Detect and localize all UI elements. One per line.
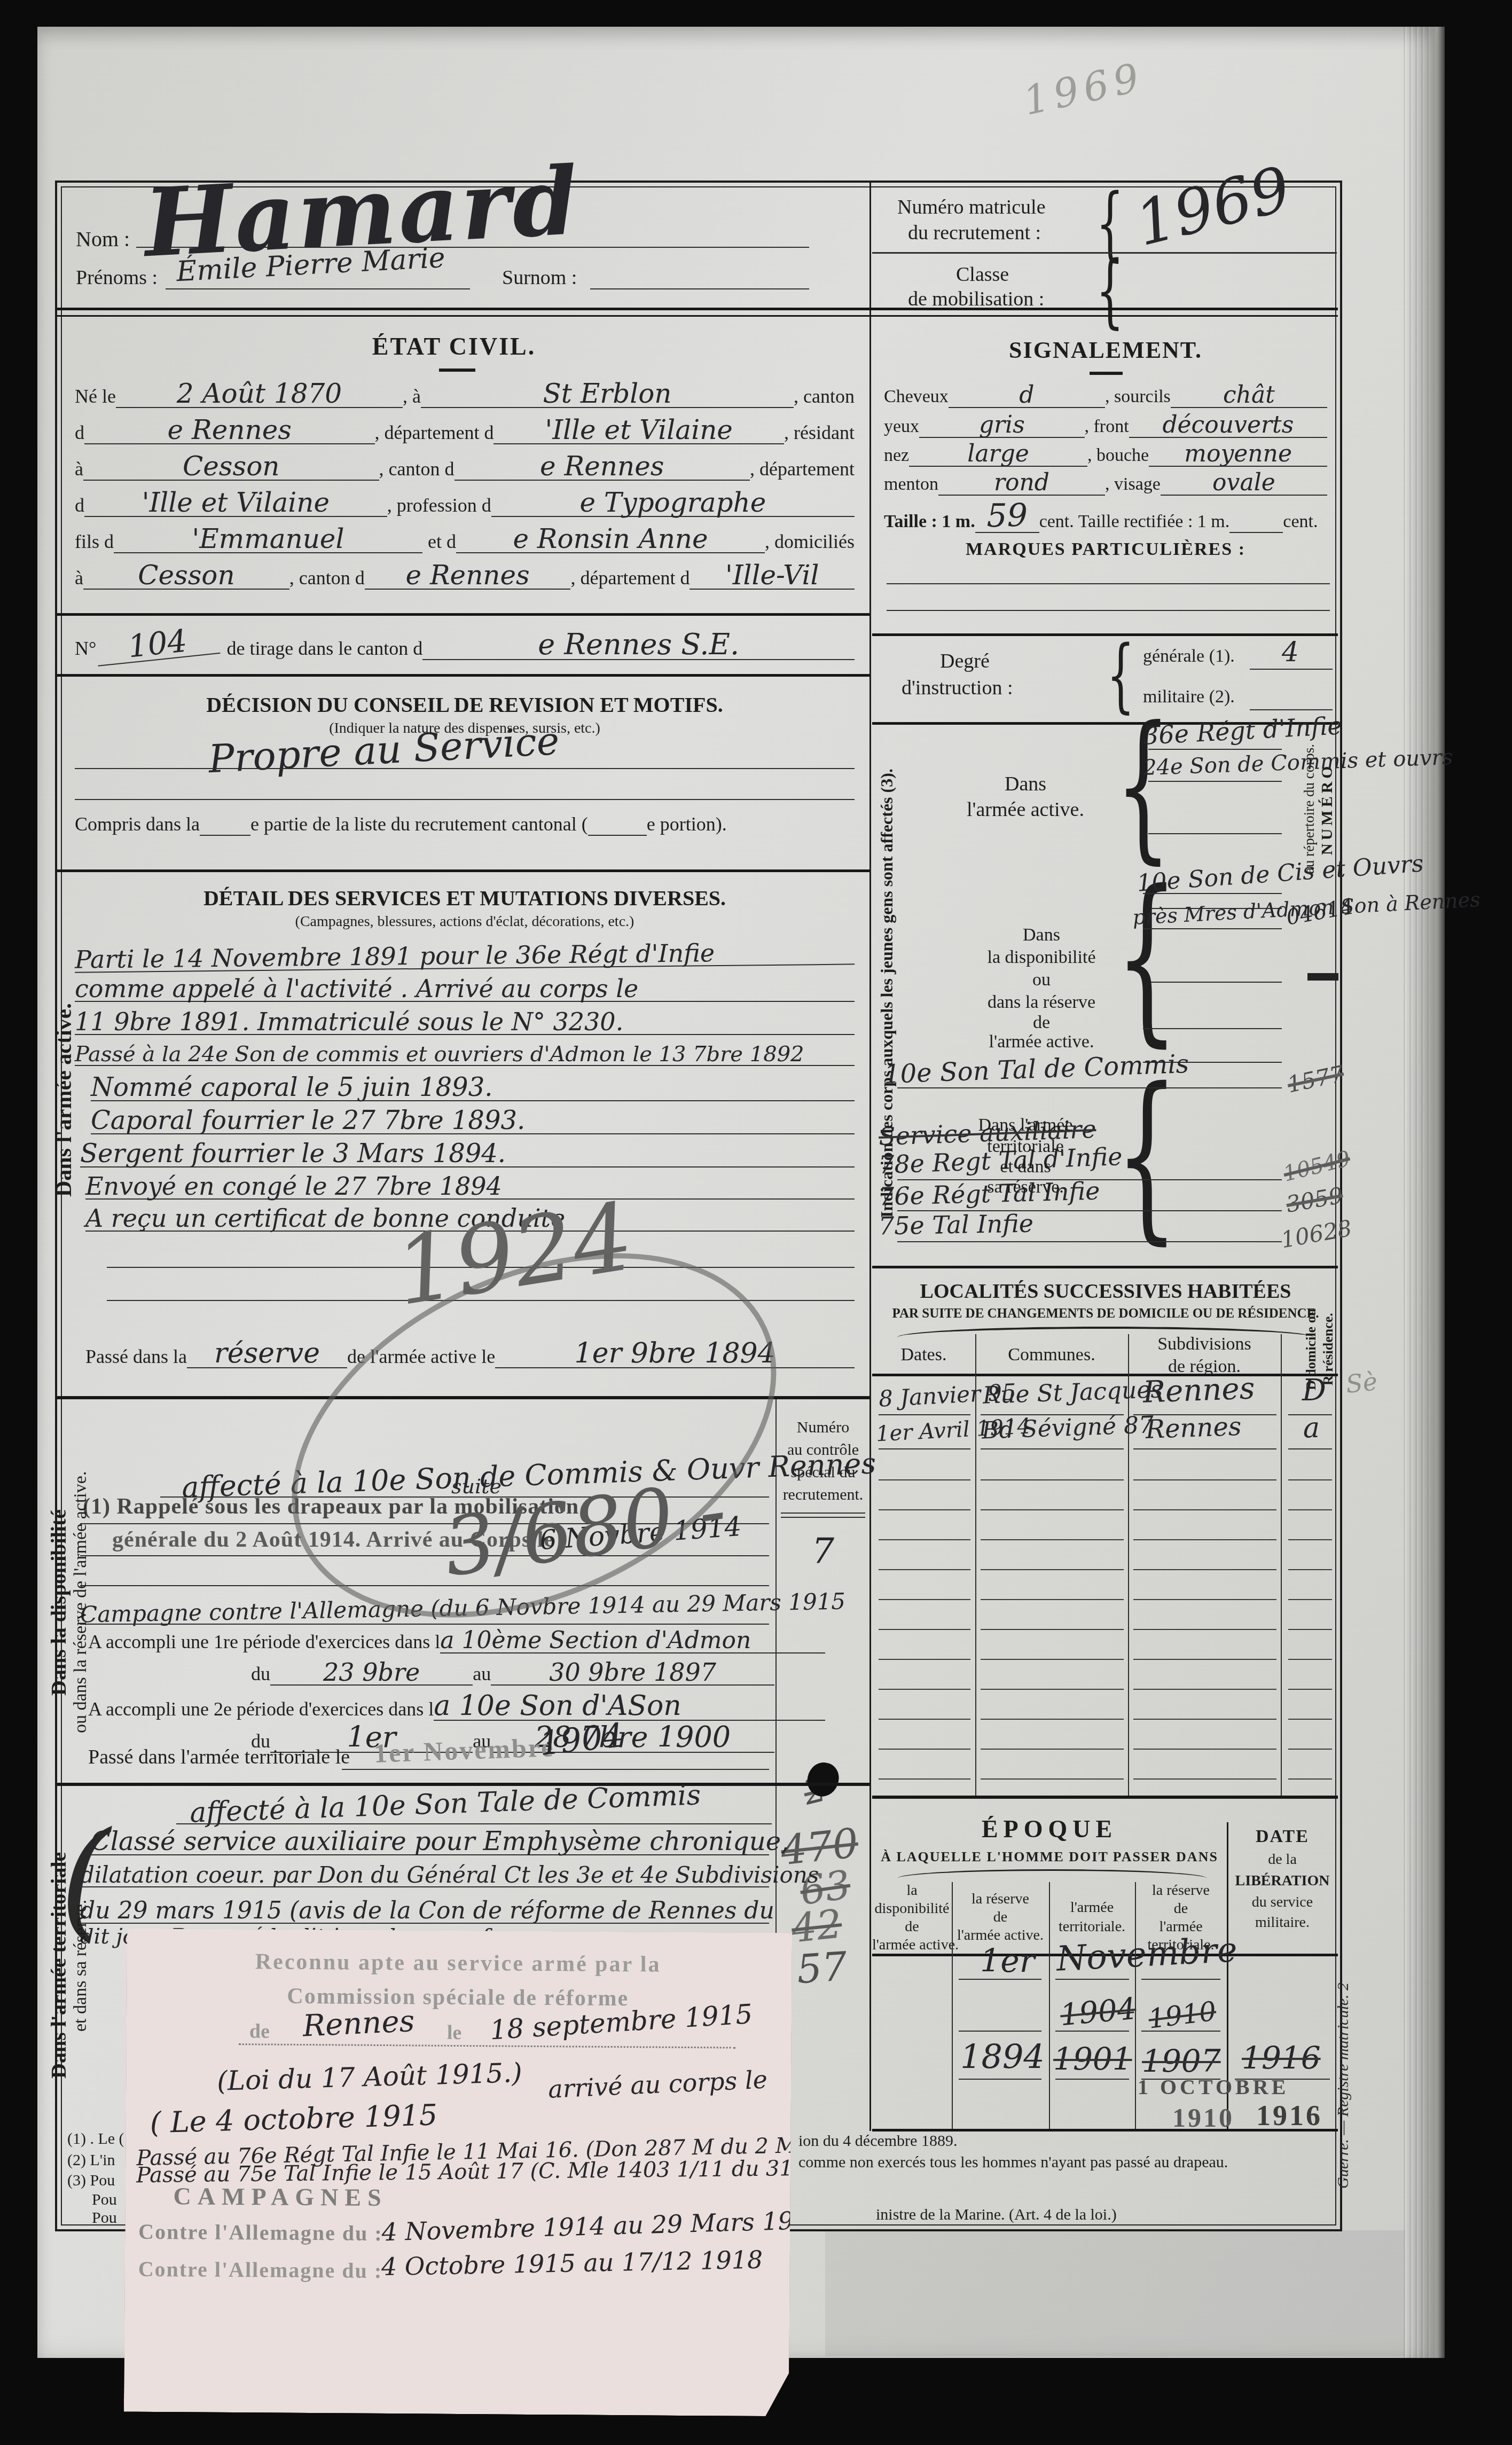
epoque-col3-b: territoriale. bbox=[1049, 1918, 1135, 1935]
mother-name-value: e Ronsin Anne bbox=[456, 526, 765, 553]
epoque-col-sep-1 bbox=[952, 1882, 953, 2130]
epoque-hw-1901: 1901 bbox=[1053, 2043, 1132, 2074]
epoque-col-sep-2 bbox=[1049, 1882, 1050, 2130]
decision-line-1 bbox=[75, 768, 855, 769]
paper-shadow-band bbox=[825, 2230, 1405, 2356]
rule-epoque-top bbox=[872, 1796, 1338, 1799]
departement2-value: 'Ille et Vilaine bbox=[84, 489, 387, 517]
corps-active-line-1 bbox=[1148, 749, 1282, 750]
prenoms-label: Prénoms : bbox=[76, 266, 158, 289]
profession-value: e Typographe bbox=[491, 489, 855, 517]
epoque-stamp-1916: 1916 bbox=[1256, 2101, 1322, 2130]
a3-label: à bbox=[75, 567, 83, 590]
rule-epoque-bottom bbox=[872, 2129, 1338, 2131]
localites-row1-subdiv: Rennes bbox=[1142, 1374, 1255, 1407]
signalement-dash bbox=[1090, 372, 1123, 375]
compris-blank-1 bbox=[200, 835, 250, 836]
decision-line-2 bbox=[75, 799, 855, 800]
front-label: , front bbox=[1085, 416, 1129, 438]
epoque-date-5: militaire. bbox=[1227, 1914, 1338, 1931]
corps-terr-label-2: territoriale bbox=[945, 1137, 1106, 1157]
localites-blank-rows-a bbox=[879, 1451, 970, 1792]
degre-generale-line bbox=[1250, 669, 1333, 670]
epoque-hw-1894: 1894 bbox=[960, 2040, 1045, 2073]
localites-header-communes: Communes. bbox=[975, 1345, 1128, 1365]
domicile-value: Cesson bbox=[83, 562, 289, 590]
visage-value: ovale bbox=[1161, 471, 1327, 496]
menton-value: rond bbox=[938, 471, 1105, 496]
epoque-col2-c: l'armée active. bbox=[952, 1927, 1049, 1944]
nez-value: large bbox=[909, 442, 1087, 467]
et-de-label: et d bbox=[422, 530, 456, 553]
epoque-subtitle: À LAQUELLE L'HOMME DOIT PASSER DANS bbox=[872, 1849, 1227, 1865]
etat-civil-dash bbox=[439, 369, 475, 372]
epoque-date-3: LIBÉRATION bbox=[1227, 1872, 1338, 1890]
prenoms-line bbox=[166, 288, 470, 289]
epoque-col2-b: de bbox=[952, 1909, 1049, 1926]
tirage-canton-value: e Rennes S.E. bbox=[422, 630, 855, 660]
footnote-5-left: Pou bbox=[92, 2209, 117, 2227]
localites-row2-dr: a bbox=[1303, 1414, 1320, 1442]
service-entry: Sergent fourrier le 3 Mars 1894. bbox=[80, 1141, 855, 1167]
epoque-line-r2-c2 bbox=[959, 2031, 1041, 2032]
classe-aux-line-3: du 29 mars 1915 (avis de la Con de réfor… bbox=[80, 1899, 769, 1924]
periode1-au-label: au bbox=[473, 1663, 491, 1686]
residant-label: , résidant bbox=[784, 421, 855, 444]
periode1-au-value: 30 9bre 1897 bbox=[491, 1660, 774, 1686]
localites-row2-line-d bbox=[1288, 1448, 1332, 1449]
affectation-territoriale-line bbox=[176, 1823, 772, 1824]
departement-label: , département d bbox=[375, 421, 494, 444]
epoque-hw-1910: 1910 bbox=[1147, 1997, 1217, 2032]
passe-territoriale-stamp: 1er Novembre bbox=[373, 1734, 555, 1767]
departement3-value: 'Ille-Vil bbox=[690, 562, 855, 590]
periode1-label: A accompli une 1re période d'exercices d… bbox=[88, 1631, 440, 1653]
service-entry: Caporal fourrier le 27 7bre 1893. bbox=[91, 1108, 855, 1134]
bouche-label: , bouche bbox=[1087, 445, 1149, 467]
localites-blank-rows-c bbox=[1133, 1451, 1276, 1792]
margin-label-disponibilite-1: Dans la disponibilité bbox=[46, 1415, 71, 1789]
epoque-date-1: DATE bbox=[1227, 1827, 1338, 1847]
footnote-2-left: (2) L'in bbox=[67, 2151, 115, 2169]
epoque-col4-a: la réserve bbox=[1135, 1882, 1227, 1899]
localites-col-sep-3 bbox=[1281, 1334, 1282, 1799]
epoque-col1-d: l'armée active. bbox=[872, 1937, 952, 1954]
footnote-3-left: (3) Pou bbox=[67, 2172, 115, 2190]
epoque-line-r2-c3 bbox=[1055, 2031, 1129, 2032]
attached-slip: Reconnu apte au service armé par la Comm… bbox=[124, 1929, 792, 2417]
service-entry: comme appelé à l'activité . Arrivé au co… bbox=[75, 976, 855, 1002]
rule-signalement-bottom bbox=[872, 633, 1338, 636]
epoque-line-r3-c2 bbox=[959, 2079, 1041, 2080]
service-entry: Nommé caporal le 5 juin 1893. bbox=[91, 1075, 855, 1101]
epoque-hw-1er: 1er bbox=[980, 1945, 1035, 1977]
rule-header-bottom-1 bbox=[57, 308, 1338, 310]
canton2-value: e Rennes bbox=[455, 453, 750, 481]
etat-civil-title: ÉTAT CIVIL. bbox=[267, 332, 641, 361]
epoque-stamp-octobre: 1 OCTOBRE bbox=[1138, 2076, 1289, 2098]
scanned-military-register-page: 1969 Nom : Hamard Prénoms : Émile Pierre… bbox=[0, 0, 1512, 2445]
classe-aux-line-2: dilatation coeur. par Don du Général Ct … bbox=[80, 1864, 769, 1887]
slip-campagne1-value: 4 Novembre 1914 au 29 Mars 1915 bbox=[381, 2207, 825, 2244]
rule-tirage-bottom bbox=[57, 674, 869, 677]
rule-header-bottom-2 bbox=[57, 315, 1338, 317]
a2-label: à bbox=[75, 458, 83, 481]
matricule-label-2: du recrutement : bbox=[908, 221, 1041, 245]
marques-blank-2 bbox=[887, 610, 1330, 611]
campagne-line bbox=[80, 1624, 769, 1625]
controle-header-1: Numéro bbox=[777, 1419, 869, 1437]
father-name-value: 'Emmanuel bbox=[114, 526, 422, 553]
rule-corps-bottom bbox=[872, 1266, 1338, 1268]
canton-value: e Rennes bbox=[84, 417, 375, 444]
marques-title: MARQUES PARTICULIÈRES : bbox=[908, 539, 1303, 560]
margin-pencil-note: Sè bbox=[1345, 1369, 1378, 1397]
residence-value: Cesson bbox=[83, 453, 379, 481]
margin-label-territoriale-2: et dans sa réserve. bbox=[70, 1805, 91, 2126]
periode2-value: a 10e Son d'ASon bbox=[434, 1692, 825, 1721]
corps-vertical-label: Indication des corps auxquels les jeunes… bbox=[877, 726, 897, 1260]
numero-repertoire-bar bbox=[1307, 973, 1338, 981]
d2-label: d bbox=[75, 494, 84, 517]
localites-title: LOCALITÉS SUCCESSIVES HABITÉES bbox=[881, 1280, 1330, 1303]
rule-dispo-bottom bbox=[57, 1783, 869, 1786]
controle-header-underline-2 bbox=[781, 1517, 865, 1518]
yeux-value: gris bbox=[919, 413, 1084, 438]
taille-cent-label: cent. bbox=[1283, 511, 1318, 533]
controle-header-4: recrutement. bbox=[777, 1486, 869, 1504]
epoque-col1-a: la bbox=[872, 1882, 952, 1899]
compris-label-a: Compris dans la bbox=[75, 813, 200, 836]
classe-aux-line-1: Classé service auxiliaire pour Emphysème… bbox=[91, 1829, 769, 1855]
classe-label-1: Classe bbox=[956, 263, 1009, 286]
localites-row2-subdiv: Rennes bbox=[1145, 1414, 1242, 1443]
degre-label-2: d'instruction : bbox=[902, 676, 1013, 700]
periode1-du-label: du bbox=[251, 1663, 270, 1686]
passe-territoriale-label: Passé dans l'armée territoriale le bbox=[88, 1745, 350, 1769]
taille-value: 59 bbox=[975, 500, 1039, 533]
epoque-line-r1-c4 bbox=[1141, 1979, 1220, 1980]
service-entry: Envoyé en congé le 27 7bre 1894 bbox=[85, 1174, 855, 1200]
slip-de-label: de bbox=[249, 2021, 270, 2041]
footnote-1-left: (1) . Le ( bbox=[67, 2130, 124, 2148]
d-label: d bbox=[75, 421, 84, 444]
localites-blank-rows-b bbox=[981, 1451, 1124, 1792]
corps-dispo-label-1: Dans bbox=[977, 925, 1106, 945]
periode2-label: A accompli une 2e période d'exercices da… bbox=[88, 1698, 434, 1721]
rule-etat-bottom bbox=[57, 613, 869, 616]
footnote-2-right: comme non exercés tous les hommes n'ayan… bbox=[798, 2153, 1228, 2172]
passe-territoriale-line bbox=[342, 1769, 769, 1770]
footnote-1-right: ion du 4 décembre 1889. bbox=[798, 2132, 957, 2150]
margin-label-territoriale-1: Dans l'armée territoriale bbox=[46, 1805, 71, 2126]
nom-label: Nom : bbox=[76, 226, 130, 252]
localites-row2-commune: Bd Sévigné 87 bbox=[981, 1413, 1154, 1443]
numero-tirage-label: N° bbox=[75, 637, 96, 660]
corps-terr-entry-5: 75e Tal Infie bbox=[879, 1211, 1034, 1238]
nez-label: nez bbox=[884, 445, 909, 467]
epoque-col1-b: disponibilité bbox=[872, 1900, 952, 1917]
epoque-hw-1904: 1904 bbox=[1059, 1994, 1138, 2031]
corps-terr-label-4: sa réserve. bbox=[945, 1177, 1106, 1197]
terr-brace: { bbox=[1115, 1073, 1179, 1237]
epoque-line-r2-c4 bbox=[1141, 2031, 1220, 2032]
rule-decision-bottom bbox=[57, 869, 869, 872]
sourcils-value: chât bbox=[1171, 383, 1327, 408]
localites-row2-line-c bbox=[1133, 1448, 1276, 1449]
taille-rectifiee-blank bbox=[1229, 532, 1283, 533]
compris-label-b: e partie de la liste du recrutement cant… bbox=[250, 813, 588, 836]
decision-title: DÉCISION DU CONSEIL DE REVISION ET MOTIF… bbox=[75, 692, 855, 717]
epoque-date-4: du service bbox=[1227, 1894, 1338, 1911]
corps-terr-line-1 bbox=[897, 1087, 1282, 1088]
epoque-stamp-1910: 1910 bbox=[1172, 2104, 1234, 2131]
service-entry: 11 9bre 1891. Immatriculé sous le N° 323… bbox=[75, 1009, 855, 1035]
departement3-label: , département d bbox=[570, 567, 690, 590]
periode1-du-value: 23 9bre bbox=[270, 1660, 473, 1686]
slip-arrive-note: arrivé au corps le bbox=[547, 2067, 767, 2102]
canton3-value: e Rennes bbox=[365, 562, 571, 590]
corps-dispo-label-2: la disponibilité bbox=[956, 947, 1127, 968]
controle-header-underline-1 bbox=[781, 1513, 865, 1514]
epoque-col2-a: la réserve bbox=[952, 1891, 1049, 1908]
marques-blank-1 bbox=[887, 583, 1330, 584]
corps-dispo-label-4: dans la réserve bbox=[956, 992, 1127, 1013]
canton2-label: , canton d bbox=[379, 458, 455, 481]
passe-reserve-label-a: Passé dans la bbox=[85, 1345, 187, 1368]
margin-label-armee-active: Dans l'armée active. bbox=[51, 935, 77, 1266]
corps-terr-line-5 bbox=[897, 1241, 1282, 1242]
taille-rectifiee-label: cent. Taille rectifiée : 1 m. bbox=[1039, 511, 1230, 533]
corps-dispo-label-3: ou bbox=[977, 970, 1106, 990]
domicilies-label: , domiciliés bbox=[765, 530, 855, 553]
departement-value: 'Ille et Vilaine bbox=[493, 417, 784, 444]
footnote-5-right: inistre de la Marine. (Art. 4 de la loi.… bbox=[876, 2206, 1117, 2224]
slip-campagne2-value: 4 Octobre 1915 au 17/12 1918 bbox=[381, 2247, 763, 2279]
visage-label: , visage bbox=[1105, 474, 1161, 496]
corps-active-blank-1 bbox=[1148, 833, 1282, 834]
corps-terr-label-1: Dans l'armée bbox=[945, 1115, 1106, 1135]
localites-header-subdiv-1: Subdivisions bbox=[1128, 1334, 1281, 1354]
yeux-label: yeux bbox=[884, 416, 919, 438]
epoque-hw-1916: 1916 bbox=[1242, 2042, 1321, 2073]
slip-loi-note: (Loi du 17 Août 1915.) bbox=[217, 2059, 523, 2095]
localites-row1-dr: D bbox=[1302, 1376, 1326, 1406]
localites-row1-commune: Rue St Jacques bbox=[982, 1378, 1163, 1408]
epoque-col4-b: de bbox=[1135, 1900, 1227, 1917]
degre-label-1: Degré bbox=[940, 649, 990, 673]
compris-label-c: e portion). bbox=[647, 813, 727, 836]
slip-octobre-entry: ( Le 4 octobre 1915 bbox=[150, 2101, 438, 2137]
canton3-label: , canton d bbox=[289, 567, 365, 590]
epoque-col1-c: de bbox=[872, 1918, 952, 1935]
surnom-label: Surnom : bbox=[502, 266, 577, 289]
epoque-hw-1907: 1907 bbox=[1142, 2046, 1221, 2076]
epoque-line-r1-c3 bbox=[1055, 1979, 1129, 1980]
epoque-line-r3-c3 bbox=[1055, 2079, 1129, 2080]
degre-generale-label: générale (1). bbox=[1143, 646, 1235, 667]
slip-stamp-reconnu: Reconnu apte au service armé par la bbox=[159, 1950, 757, 1977]
front-value: découverts bbox=[1129, 413, 1327, 438]
corps-active-label-1: Dans bbox=[961, 772, 1090, 796]
surnom-line bbox=[590, 288, 809, 289]
localites-subtitle: PAR SUITE DE CHANGEMENTS DE DOMICILE OU … bbox=[881, 1306, 1330, 1321]
services-title: DÉTAIL DES SERVICES ET MUTATIONS DIVERSE… bbox=[75, 885, 855, 911]
tirage-mid-label: de tirage dans le canton d bbox=[219, 637, 422, 660]
profession-label: , profession d bbox=[387, 494, 491, 517]
epoque-col3-a: l'armée bbox=[1049, 1899, 1135, 1916]
slip-campagnes-stamp: CAMPAGNES bbox=[174, 2184, 388, 2210]
margin-label-disponibilite-2: ou dans la réserve de l'armée active. bbox=[70, 1415, 91, 1789]
cheveux-value: d bbox=[949, 383, 1105, 408]
corps-dispo-label-5: de bbox=[977, 1013, 1106, 1033]
matricule-label-1: Numéro matricule bbox=[897, 195, 1046, 219]
epoque-line-r1-c2 bbox=[959, 1979, 1041, 1980]
signalement-title: SIGNALEMENT. bbox=[908, 336, 1303, 364]
bouche-value: moyenne bbox=[1149, 442, 1327, 467]
controle-pencil-42: 42 bbox=[789, 1904, 843, 1948]
passe-territoriale-value: 1904 bbox=[538, 1719, 625, 1760]
corps-active-label-2: l'armée active. bbox=[940, 798, 1111, 821]
epoque-title: ÉPOQUE bbox=[872, 1815, 1227, 1843]
corps-dispo-line-2 bbox=[1143, 928, 1282, 929]
footnote-4-left: Pou bbox=[92, 2191, 117, 2209]
periode1-value: a 10ème Section d'Admon bbox=[440, 1629, 825, 1653]
taille-label: Taille : 1 m. bbox=[884, 511, 975, 533]
services-subtitle: (Campagnes, blessures, actions d'éclat, … bbox=[75, 913, 855, 930]
slip-campagne1-label: Contre l'Allemagne du : bbox=[138, 2221, 383, 2244]
localites-row1-line-a bbox=[879, 1414, 970, 1415]
passe-reserve-value-1: réserve bbox=[187, 1339, 347, 1368]
controle-pencil-57: 57 bbox=[796, 1947, 849, 1989]
service-entry: Passé à la 24e Son de commis et ouvriers… bbox=[75, 1044, 855, 1066]
localites-row2-line-a bbox=[879, 1448, 970, 1449]
corps-dispo-blank-1 bbox=[1143, 1028, 1282, 1029]
sourcils-label: , sourcils bbox=[1105, 386, 1171, 408]
menton-label: menton bbox=[884, 474, 938, 496]
corps-dispo-label-6: l'armée active. bbox=[956, 1032, 1127, 1052]
cheveux-label: Cheveux bbox=[884, 386, 949, 408]
corps-active-line-2 bbox=[1148, 781, 1282, 782]
compris-blank-2 bbox=[588, 835, 647, 836]
canton-label: , canton bbox=[794, 385, 855, 408]
slip-campagne2-label: Contre l'Allemagne du : bbox=[138, 2259, 383, 2282]
localites-blank-rows-d bbox=[1288, 1451, 1332, 1792]
birth-place-value: St Erblon bbox=[421, 380, 794, 408]
localites-header-rule bbox=[872, 1374, 1338, 1376]
page-right-edge bbox=[1404, 27, 1445, 2358]
column-divider bbox=[869, 181, 871, 2131]
slip-le-label: le bbox=[447, 2023, 462, 2043]
corps-dispo-line-1 bbox=[1143, 893, 1282, 894]
epoque-date-2: de la bbox=[1227, 1851, 1338, 1868]
degre-generale-value: 4 bbox=[1282, 639, 1299, 665]
epoque-hw-novembre: Novembre bbox=[1056, 1933, 1239, 1977]
fils-de-label: fils d bbox=[75, 530, 114, 553]
controle-value: 7 bbox=[777, 1534, 869, 1569]
slip-place-value: Rennes bbox=[302, 2007, 416, 2041]
ne-le-label: Né le bbox=[75, 385, 116, 408]
localites-row2-line-b bbox=[981, 1448, 1124, 1449]
localites-header-dates: Dates. bbox=[872, 1345, 975, 1365]
corps-terr-label-3: et dans bbox=[945, 1157, 1106, 1177]
a-label: , à bbox=[403, 385, 421, 408]
slip-dotted-line bbox=[239, 2043, 735, 2048]
tirage-number-value: 104 bbox=[95, 622, 221, 667]
birth-date-value: 2 Août 1870 bbox=[116, 380, 403, 408]
departement2-label: , département bbox=[750, 458, 855, 481]
